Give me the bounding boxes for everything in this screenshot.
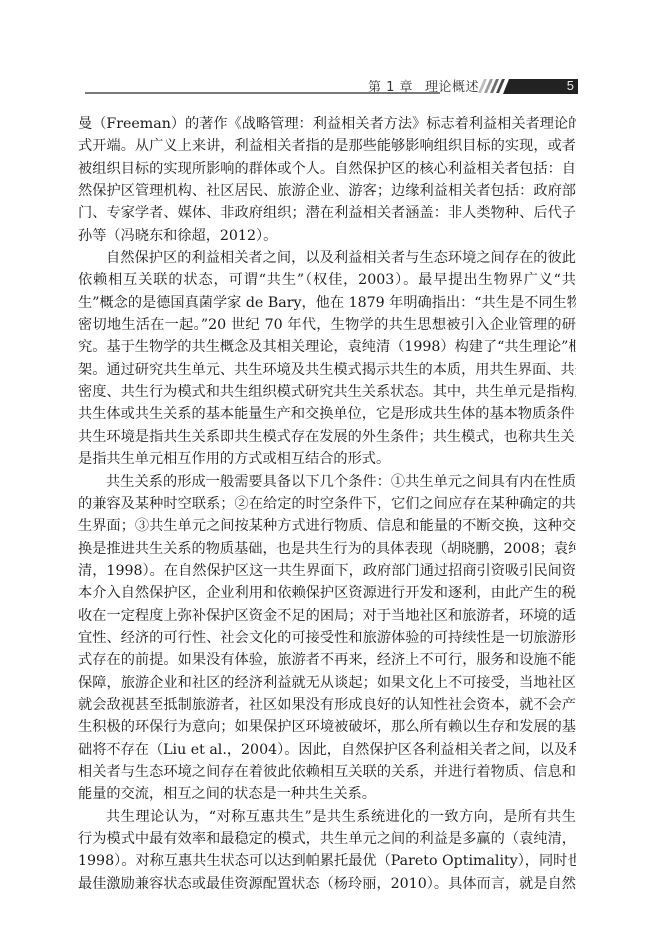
text-line: 架。通过研究共生单元、共生环境及共生模式揭示共生的本质，用共生界面、共生 <box>78 359 576 381</box>
text-line: 自然保护区的利益相关者之间，以及利益相关者与生态环境之间存在的彼此 <box>78 247 576 269</box>
text-line: 密切地生活在一起。”20 世纪 70 年代，生物学的共生思想被引入企业管理的研 <box>78 314 576 336</box>
text-line: 1998）。对称互惠共生状态可以达到帕累托最优（Pareto Optimalit… <box>78 850 576 872</box>
text-line: 共生体或共生关系的基本能量生产和交换单位，它是形成共生体的基本物质条件； <box>78 403 576 425</box>
text-line: 生”概念的是德国真菌学家 de Bary，他在 1879 年明确指出：“共生是不… <box>78 292 576 314</box>
text-line: 共生关系的形成一般需要具备以下几个条件：①共生单元之间具有内在性质 <box>78 471 576 493</box>
text-line: 保障，旅游企业和社区的经济利益就无从谈起；如果文化上不可接受，当地社区 <box>78 672 576 694</box>
text-line: 就会敌视甚至抵制旅游者，社区如果没有形成良好的认知性社会资本，就不会产 <box>78 694 576 716</box>
text-line: 清，1998）。在自然保护区这一共生界面下，政府部门通过招商引资吸引民间资 <box>78 560 576 582</box>
chapter-heading: 第 1 章理论概述 <box>368 76 479 95</box>
text-line: 密度、共生行为模式和共生组织模式研究共生关系状态。其中，共生单元是指构成 <box>78 381 576 403</box>
text-line: 孙等（冯晓东和徐超，2012）。 <box>78 225 576 247</box>
text-line: 收在一定程度上弥补保护区资金不足的困局；对于当地社区和旅游者，环境的适 <box>78 605 576 627</box>
body-text: 曼（Freeman）的著作《战略管理：利益相关者方法》标志着利益相关者理论的正 … <box>78 113 576 895</box>
text-line: 的兼容及某种时空联系；②在给定的时空条件下，它们之间应存在某种确定的共 <box>78 493 576 515</box>
text-line: 共生理论认为，“对称互惠共生”是共生系统进化的一致方向，是所有共生 <box>78 806 576 828</box>
page-number: 5 <box>567 78 574 93</box>
text-line: 生积极的环保行为意向；如果保护区环境被破坏，那么所有赖以生存和发展的基 <box>78 716 576 738</box>
text-line: 门、专家学者、媒体、非政府组织；潜在利益相关者涵盖：非人类物种、后代子 <box>78 202 576 224</box>
page-number-box: 5 <box>503 79 578 94</box>
text-line: 被组织目标的实现所影响的群体或个人。自然保护区的核心利益相关者包括：自 <box>78 158 576 180</box>
text-line: 能量的交流，相互之间的状态是一种共生关系。 <box>78 783 576 805</box>
decorative-stripes-icon <box>478 79 508 93</box>
text-line: 式开端。从广义上来讲，利益相关者指的是那些能够影响组织目标的实现，或者 <box>78 135 576 157</box>
chapter-number: 第 1 章 <box>368 80 413 95</box>
paragraph-4: 共生理论认为，“对称互惠共生”是共生系统进化的一致方向，是所有共生 行为模式中最… <box>78 806 576 895</box>
text-line: 最佳激励兼容状态或最佳资源配置状态（杨玲丽，2010）。具体而言，就是自然 <box>78 873 576 895</box>
text-line: 相关者与生态环境之间存在着彼此依赖相互关联的关系，并进行着物质、信息和 <box>78 761 576 783</box>
text-line: 究。基于生物学的共生概念及其相关理论，袁纯清（1998）构建了“共生理论”框 <box>78 336 576 358</box>
text-line: 换是推进共生关系的物质基础，也是共生行为的具体表现（胡晓鹏，2008；袁纯 <box>78 538 576 560</box>
text-line: 宜性、经济的可行性、社会文化的可接受性和旅游体验的可持续性是一切旅游形 <box>78 627 576 649</box>
chapter-title: 理论概述 <box>425 80 479 95</box>
text-line: 础将不存在（Liu et al.，2004）。因此，自然保护区各利益相关者之间，… <box>78 739 576 761</box>
paragraph-1: 曼（Freeman）的著作《战略管理：利益相关者方法》标志着利益相关者理论的正 … <box>78 113 576 247</box>
text-line: 然保护区管理机构、社区居民、旅游企业、游客；边缘利益相关者包括：政府部 <box>78 180 576 202</box>
text-line: 曼（Freeman）的著作《战略管理：利益相关者方法》标志着利益相关者理论的正 <box>78 113 576 135</box>
text-line: 行为模式中最有效率和最稳定的模式，共生单元之间的利益是多赢的（袁纯清， <box>78 828 576 850</box>
paragraph-2: 自然保护区的利益相关者之间，以及利益相关者与生态环境之间存在的彼此 依赖相互关联… <box>78 247 576 470</box>
text-line: 生界面；③共生单元之间按某种方式进行物质、信息和能量的不断交换，这种交 <box>78 515 576 537</box>
text-line: 共生环境是指共生关系即共生模式存在发展的外生条件；共生模式，也称共生关系， <box>78 426 576 448</box>
running-header: 第 1 章理论概述 5 <box>0 0 661 110</box>
text-line: 式存在的前提。如果没有体验，旅游者不再来，经济上不可行，服务和设施不能 <box>78 649 576 671</box>
paragraph-3: 共生关系的形成一般需要具备以下几个条件：①共生单元之间具有内在性质 的兼容及某种… <box>78 471 576 806</box>
text-line: 本介入自然保护区，企业利用和依赖保护区资源进行开发和逐利，由此产生的税 <box>78 582 576 604</box>
text-line: 是指共生单元相互作用的方式或相互结合的形式。 <box>78 448 576 470</box>
text-line: 依赖相互关联的状态，可谓“共生”（权佳，2003）。最早提出生物界广义“共 <box>78 269 576 291</box>
